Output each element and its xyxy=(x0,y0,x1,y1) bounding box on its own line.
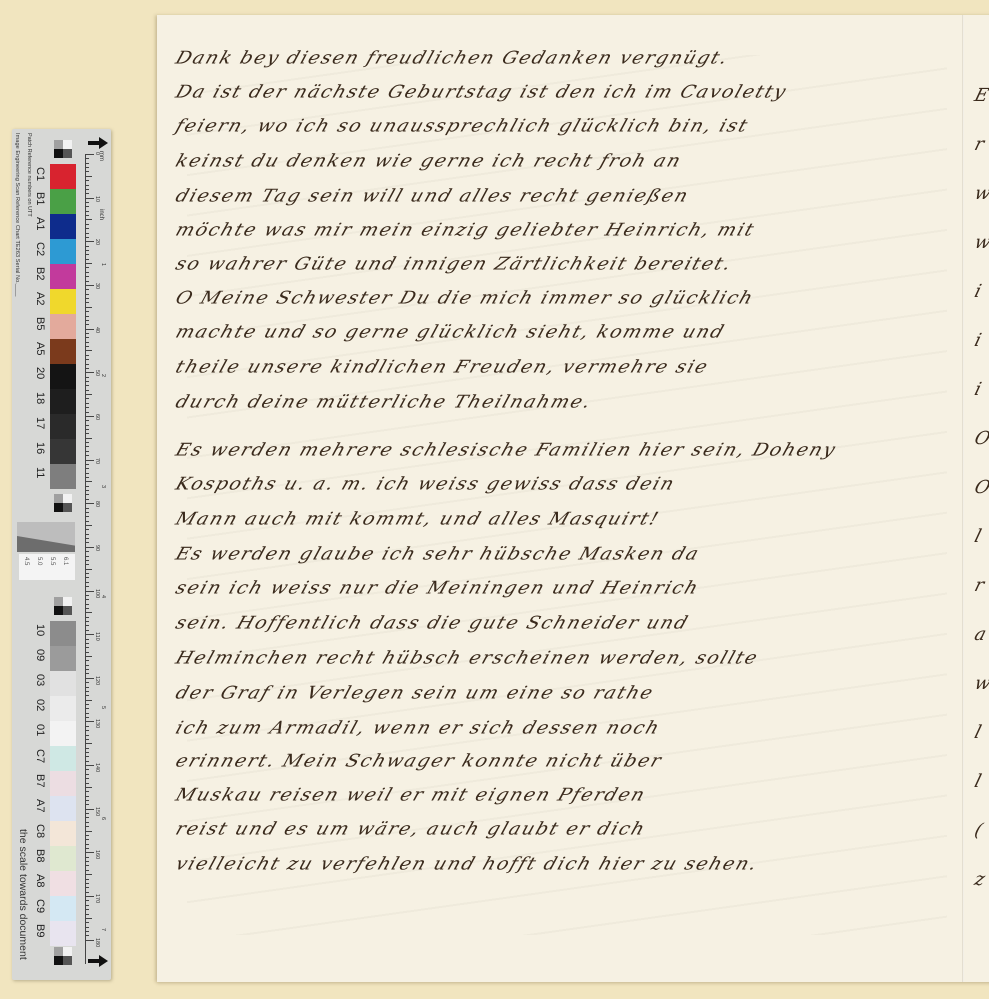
handwritten-text: Dank bey diesen freudlichen Gedanken ver… xyxy=(157,15,989,982)
handwritten-line: sein ich weiss nur die Meiningen und Hei… xyxy=(173,578,702,598)
patch-label: 20 xyxy=(28,367,46,379)
ruler-mm-label: 0 xyxy=(94,152,100,155)
ruler-tick xyxy=(86,486,89,487)
ruler-tick xyxy=(86,783,89,784)
ruler-tick xyxy=(86,516,89,517)
color-patch: B5 xyxy=(50,314,76,339)
handwritten-line: ich zum Armadil, wenn er sich dessen noc… xyxy=(173,718,663,738)
target-footer-text: the scale towards document xyxy=(17,829,29,960)
ruler-mm-label: 40 xyxy=(94,327,100,333)
fragment-glyph: w xyxy=(972,232,989,253)
ruler-mm-label: 130 xyxy=(94,719,100,728)
patch-label: C2 xyxy=(28,242,46,256)
ruler-tick xyxy=(86,394,92,395)
fragment-glyph: E xyxy=(972,85,989,106)
ruler-tick xyxy=(86,883,89,884)
ruler-tick xyxy=(86,206,89,207)
patch-label: A8 xyxy=(28,874,46,887)
patch-label: C7 xyxy=(28,749,46,763)
ruler-tick xyxy=(86,787,92,788)
ruler-tick xyxy=(86,791,89,792)
ruler-tick xyxy=(86,844,89,845)
ruler-tick xyxy=(86,398,89,399)
ruler-tick xyxy=(86,350,92,351)
color-patch: 16 xyxy=(50,439,76,464)
ruler-tick xyxy=(86,643,89,644)
ruler-tick xyxy=(86,276,89,277)
wedge-label: 5.0 xyxy=(36,557,42,565)
color-patch: 17 xyxy=(50,414,76,439)
color-calibration-target: Image Engineering Scan Reference Chart T… xyxy=(12,129,111,980)
handwritten-line: feiern, wo ich so unaussprechlich glückl… xyxy=(173,116,751,136)
ruler-tick xyxy=(86,617,89,618)
ruler-tick xyxy=(86,381,89,382)
handwritten-line: machte und so gerne glücklich sieht, kom… xyxy=(173,322,728,342)
ruler-tick xyxy=(86,473,89,474)
ruler-tick xyxy=(86,713,89,714)
ruler-tick xyxy=(86,211,89,212)
ruler-tick xyxy=(86,839,89,840)
color-patch: B1 xyxy=(50,189,76,214)
ruler-tick xyxy=(86,874,92,875)
patch-label: 09 xyxy=(28,649,46,661)
registration-mark xyxy=(54,494,72,512)
ruler-tick xyxy=(86,263,92,264)
ruler-tick xyxy=(86,481,92,482)
ruler-tick xyxy=(86,198,94,199)
ruler-tick xyxy=(86,927,89,928)
handwritten-line: Es werden mehrere schlesische Familien h… xyxy=(173,440,839,460)
ruler-tick xyxy=(86,935,89,936)
ruler-inch-label: 4 xyxy=(100,595,106,598)
ruler-tick xyxy=(86,896,94,897)
ruler-tick xyxy=(86,324,89,325)
ruler-tick xyxy=(86,468,89,469)
ruler-tick xyxy=(86,189,89,190)
handwritten-line: reist und es um wäre, auch glaubt er dic… xyxy=(173,819,649,839)
ruler-tick xyxy=(86,800,89,801)
ruler-tick xyxy=(86,735,89,736)
ruler-tick xyxy=(86,176,92,177)
target-header-text: Image Engineering Scan Reference Chart T… xyxy=(14,133,20,297)
ruler-tick xyxy=(86,490,89,491)
ruler-tick xyxy=(86,285,94,286)
color-patch: A1 xyxy=(50,214,76,239)
color-patch: B9 xyxy=(50,921,76,946)
handwritten-line: theile unsere kindlichen Freuden, vermeh… xyxy=(173,357,712,377)
ruler-tick xyxy=(86,822,89,823)
ruler-tick xyxy=(86,364,89,365)
ruler-tick xyxy=(86,298,89,299)
ruler-mm-label: 110 xyxy=(94,632,100,641)
patch-label: C8 xyxy=(28,824,46,838)
ruler-tick xyxy=(86,900,89,901)
color-patch: C1 xyxy=(50,164,76,189)
gray-wedge: 4.55.05.56.1 xyxy=(17,522,75,582)
handwritten-line: so wahrer Güte und innigen Zärtlichkeit … xyxy=(173,254,735,274)
ruler-tick xyxy=(86,302,89,303)
ruler-tick xyxy=(86,433,89,434)
ruler-tick xyxy=(86,451,89,452)
ruler-tick xyxy=(86,687,89,688)
ruler-tick xyxy=(86,228,89,229)
color-patch: C7 xyxy=(50,746,76,771)
ruler-tick xyxy=(86,508,89,509)
fragment-glyph: r xyxy=(972,575,986,596)
ruler-tick xyxy=(86,281,89,282)
ruler-tick xyxy=(86,813,89,814)
ruler-tick xyxy=(86,756,89,757)
ruler-tick xyxy=(86,556,89,557)
ruler-tick xyxy=(86,809,94,810)
ruler-tick xyxy=(86,940,94,941)
ruler-tick xyxy=(86,752,89,753)
wedge-label: 4.5 xyxy=(23,557,29,565)
ruler-tick xyxy=(86,604,89,605)
ruler-tick xyxy=(86,224,89,225)
ruler-tick xyxy=(86,639,89,640)
ruler-tick xyxy=(86,573,89,574)
patch-label: A7 xyxy=(28,799,46,812)
wedge-label: 5.5 xyxy=(49,557,55,565)
handwritten-line: Muskau reisen weil er mit eignen Pferden xyxy=(173,785,649,805)
ruler-tick xyxy=(86,167,89,168)
ruler-tick xyxy=(86,538,89,539)
ruler-tick xyxy=(86,652,89,653)
patch-label: A2 xyxy=(28,292,46,305)
ruler-tick xyxy=(86,464,89,465)
letter-page: Dank bey diesen freudlichen Gedanken ver… xyxy=(157,15,989,982)
patch-label: B1 xyxy=(28,192,46,205)
ruler-tick xyxy=(86,608,89,609)
ruler-tick xyxy=(86,918,92,919)
ruler-tick xyxy=(86,560,89,561)
ruler-tick xyxy=(86,368,89,369)
ruler-tick xyxy=(86,804,89,805)
ruler-tick xyxy=(86,460,94,461)
color-patch: C2 xyxy=(50,239,76,264)
ruler-tick xyxy=(86,180,89,181)
ruler-mm-label: 70 xyxy=(94,458,100,464)
ruler-tick xyxy=(86,700,92,701)
ruler-tick xyxy=(86,582,89,583)
color-patch: A5 xyxy=(50,339,76,364)
ruler-tick xyxy=(86,848,89,849)
patch-label: 11 xyxy=(28,467,46,478)
ruler-tick xyxy=(86,202,89,203)
ruler-tick xyxy=(86,241,94,242)
ruler-tick xyxy=(86,612,92,613)
ruler-tick xyxy=(86,761,89,762)
ruler-tick xyxy=(86,158,89,159)
ruler-tick xyxy=(86,499,89,500)
color-patch: 02 xyxy=(50,696,76,721)
patch-label: C1 xyxy=(28,167,46,181)
ruler-tick xyxy=(86,931,89,932)
ruler-tick xyxy=(86,154,94,155)
ruler-tick xyxy=(86,429,89,430)
fragment-glyph: a xyxy=(972,624,988,645)
ruler-tick xyxy=(86,246,89,247)
patch-label: B8 xyxy=(28,849,46,862)
ruler-tick xyxy=(86,835,89,836)
ruler-tick xyxy=(86,438,92,439)
ruler-tick xyxy=(86,922,89,923)
handwritten-line: Kospoths u. a. m. ich weiss gewiss dass … xyxy=(173,474,678,494)
color-patch: C9 xyxy=(50,896,76,921)
color-patch: 20 xyxy=(50,364,76,389)
ruler-tick xyxy=(86,656,92,657)
ruler-tick xyxy=(86,599,89,600)
ruler-tick xyxy=(86,865,89,866)
color-patch: A7 xyxy=(50,796,76,821)
ruler-tick xyxy=(86,691,89,692)
ruler-tick xyxy=(86,525,92,526)
ruler-tick xyxy=(86,678,94,679)
ruler-tick xyxy=(86,289,89,290)
ruler-tick xyxy=(86,185,89,186)
ruler-tick xyxy=(86,420,89,421)
ruler-inch-label: 2 xyxy=(100,374,106,377)
ruler-tick xyxy=(86,542,89,543)
ruler-tick xyxy=(86,817,89,818)
ruler-tick xyxy=(86,669,89,670)
ruler-tick xyxy=(86,892,89,893)
patch-label: B5 xyxy=(28,317,46,330)
ruler-tick xyxy=(86,342,89,343)
ruler-inch-label: 5 xyxy=(100,706,106,709)
fragment-glyph: ( xyxy=(972,820,985,841)
handwritten-line: diesem Tag sein will und alles recht gen… xyxy=(173,186,692,206)
ruler-tick xyxy=(86,673,89,674)
ruler-mm-label: 80 xyxy=(94,501,100,507)
ruler-tick xyxy=(86,660,89,661)
ruler-tick xyxy=(86,591,94,592)
ruler-tick xyxy=(86,272,89,273)
ruler-tick xyxy=(86,534,89,535)
ruler-tick xyxy=(86,564,89,565)
ruler-tick xyxy=(86,879,89,880)
ruler-inch-label: 1 xyxy=(100,263,106,266)
ruler-inch-label: 7 xyxy=(100,928,106,931)
ruler-tick xyxy=(86,237,89,238)
wedge-label: 6.1 xyxy=(62,557,68,565)
patch-label: 16 xyxy=(28,442,46,454)
ruler-tick xyxy=(86,861,89,862)
ruler-tick xyxy=(86,163,89,164)
patch-label: 10 xyxy=(28,624,46,636)
ruler-tick xyxy=(86,586,89,587)
ruler-mm-label: 10 xyxy=(94,196,100,202)
ruler-tick xyxy=(86,704,89,705)
ruler-tick xyxy=(86,316,89,317)
ruler-tick xyxy=(86,551,89,552)
handwritten-line: keinst du denken wie gerne ich recht fro… xyxy=(173,151,684,171)
ruler-tick xyxy=(86,695,89,696)
ruler-mm-label: 30 xyxy=(94,283,100,289)
ruler-tick xyxy=(86,852,94,853)
ruler-tick xyxy=(86,621,89,622)
color-patch: 10 xyxy=(50,621,76,646)
ruler-tick xyxy=(86,403,89,404)
ruler-tick xyxy=(86,425,89,426)
ruler-tick xyxy=(86,254,89,255)
ruler-mm-label: 160 xyxy=(94,850,100,859)
registration-mark xyxy=(54,597,72,615)
color-patch: B2 xyxy=(50,264,76,289)
color-patch: B8 xyxy=(50,846,76,871)
ruler-tick xyxy=(86,233,89,234)
ruler-mm-label: 120 xyxy=(94,676,100,685)
handwritten-line: Dank bey diesen freudlichen Gedanken ver… xyxy=(173,48,731,68)
ruler-tick xyxy=(86,778,89,779)
ruler-tick xyxy=(86,329,94,330)
ruler-tick xyxy=(86,171,89,172)
ruler-tick xyxy=(86,193,89,194)
ruler-tick xyxy=(86,769,89,770)
ruler-tick xyxy=(86,377,89,378)
patch-label: 01 xyxy=(28,724,46,736)
ruler-tick xyxy=(86,359,89,360)
color-patch: A2 xyxy=(50,289,76,314)
ruler-tick xyxy=(86,796,89,797)
ruler-tick xyxy=(86,708,89,709)
ruler-tick xyxy=(86,307,92,308)
ruler-tick xyxy=(86,717,89,718)
ruler-tick xyxy=(86,721,94,722)
ruler-tick xyxy=(86,390,89,391)
patch-label: B9 xyxy=(28,924,46,937)
handwritten-line: Es werden glaube ich sehr hübsche Masken… xyxy=(173,544,703,564)
ruler-tick xyxy=(86,577,89,578)
fragment-glyph: w xyxy=(972,673,989,694)
ruler-tick xyxy=(86,346,89,347)
fragment-glyph: z xyxy=(972,869,987,890)
ruler-tick xyxy=(86,887,89,888)
ruler-tick xyxy=(86,765,94,766)
handwritten-line: sein. Hoffentlich dass die gute Schneide… xyxy=(173,613,692,633)
patch-label: C9 xyxy=(28,899,46,913)
ruler-tick xyxy=(86,682,89,683)
ruler-tick xyxy=(86,521,89,522)
ruler-tick xyxy=(86,547,94,548)
patch-label: 17 xyxy=(28,417,46,429)
color-patch: 01 xyxy=(50,721,76,746)
patch-label: 02 xyxy=(28,699,46,711)
ruler-tick xyxy=(86,870,89,871)
ruler-tick xyxy=(86,914,89,915)
handwritten-line: der Graf in Verlegen sein um eine so rat… xyxy=(173,683,657,703)
ruler-tick xyxy=(86,250,89,251)
ruler-tick xyxy=(86,412,89,413)
ruler-tick xyxy=(86,826,89,827)
ruler-tick xyxy=(86,625,89,626)
ruler-tick xyxy=(86,215,89,216)
ruler-tick xyxy=(86,442,89,443)
ruler-tick xyxy=(86,739,89,740)
registration-mark xyxy=(54,140,72,158)
ruler-tick xyxy=(86,259,89,260)
ruler-tick xyxy=(86,372,94,373)
ruler-tick xyxy=(86,294,89,295)
ruler-mm-label: 150 xyxy=(94,807,100,816)
ruler-tick xyxy=(86,730,89,731)
color-patches-lower: 1009030201C7B7A7C8B8A8C9B9 xyxy=(50,621,76,946)
handwritten-line: Helminchen recht hübsch erscheinen werde… xyxy=(173,648,761,668)
ruler-inch-label: 3 xyxy=(100,485,106,488)
ruler-mm-label: 60 xyxy=(94,414,100,420)
ruler-mm-label: 180 xyxy=(94,938,100,947)
ruler-tick xyxy=(86,647,89,648)
handwritten-line: vielleicht zu verfehlen und hofft dich h… xyxy=(173,854,761,874)
color-patch: B7 xyxy=(50,771,76,796)
handwritten-line: Mann auch mit kommt, und alles Masquirt! xyxy=(173,509,662,529)
ruler-tick xyxy=(86,512,89,513)
color-patch: 18 xyxy=(50,389,76,414)
registration-mark xyxy=(54,947,72,965)
ruler-tick xyxy=(86,311,89,312)
ruler-tick xyxy=(86,407,89,408)
ruler-tick xyxy=(86,857,89,858)
color-patch: 03 xyxy=(50,671,76,696)
color-patch: C8 xyxy=(50,821,76,846)
ruler-inch-label: 6 xyxy=(100,817,106,820)
ruler-tick xyxy=(86,634,94,635)
ruler-tick xyxy=(86,529,89,530)
next-page-fragments: ErwwiiiOOlrawll(z xyxy=(975,15,989,982)
ruler-tick xyxy=(86,774,89,775)
ruler-tick xyxy=(86,630,89,631)
ruler-mm-label: 140 xyxy=(94,763,100,772)
ruler-tick xyxy=(86,909,89,910)
handwritten-line: Da ist der nächste Geburtstag ist den ic… xyxy=(173,82,790,102)
ruler-tick xyxy=(86,743,92,744)
ruler-tick xyxy=(86,267,89,268)
ruler-tick xyxy=(86,337,89,338)
patch-label: A5 xyxy=(28,342,46,355)
ruler-tick xyxy=(86,320,89,321)
patch-label: 03 xyxy=(28,674,46,686)
fragment-glyph: O xyxy=(972,477,989,498)
patch-label: 18 xyxy=(28,392,46,404)
patch-label: A1 xyxy=(28,217,46,230)
ruler-tick xyxy=(86,385,89,386)
ruler-mm-label: 90 xyxy=(94,545,100,551)
ruler-tick xyxy=(86,905,89,906)
handwritten-line: durch deine mütterliche Theilnahme. xyxy=(173,392,595,412)
handwritten-line: erinnert. Mein Schwager konnte nicht übe… xyxy=(173,751,665,771)
ruler-tick xyxy=(86,569,92,570)
ruler-tick xyxy=(86,219,92,220)
ruler-mm-label: 20 xyxy=(94,239,100,245)
ruler-tick xyxy=(86,726,89,727)
ruler-tick xyxy=(86,665,89,666)
ruler-scale: 0102030405060708090100110120130140150160… xyxy=(85,154,106,964)
ruler-tick xyxy=(86,446,89,447)
fragment-glyph: r xyxy=(972,134,986,155)
ruler-tick xyxy=(86,477,89,478)
ruler-tick xyxy=(86,333,89,334)
color-patch: 11 xyxy=(50,464,76,489)
ruler-tick xyxy=(86,355,89,356)
patch-label: B7 xyxy=(28,774,46,787)
color-patch: A8 xyxy=(50,871,76,896)
color-patches-upper: C1B1A1C2B2A2B5A52018171611 xyxy=(50,164,76,489)
ruler-mm-label: 170 xyxy=(94,894,100,903)
fragment-glyph: O xyxy=(972,428,989,449)
arrow-right-icon xyxy=(88,137,108,149)
handwritten-line: O Meine Schwester Du die mich immer so g… xyxy=(173,288,757,308)
